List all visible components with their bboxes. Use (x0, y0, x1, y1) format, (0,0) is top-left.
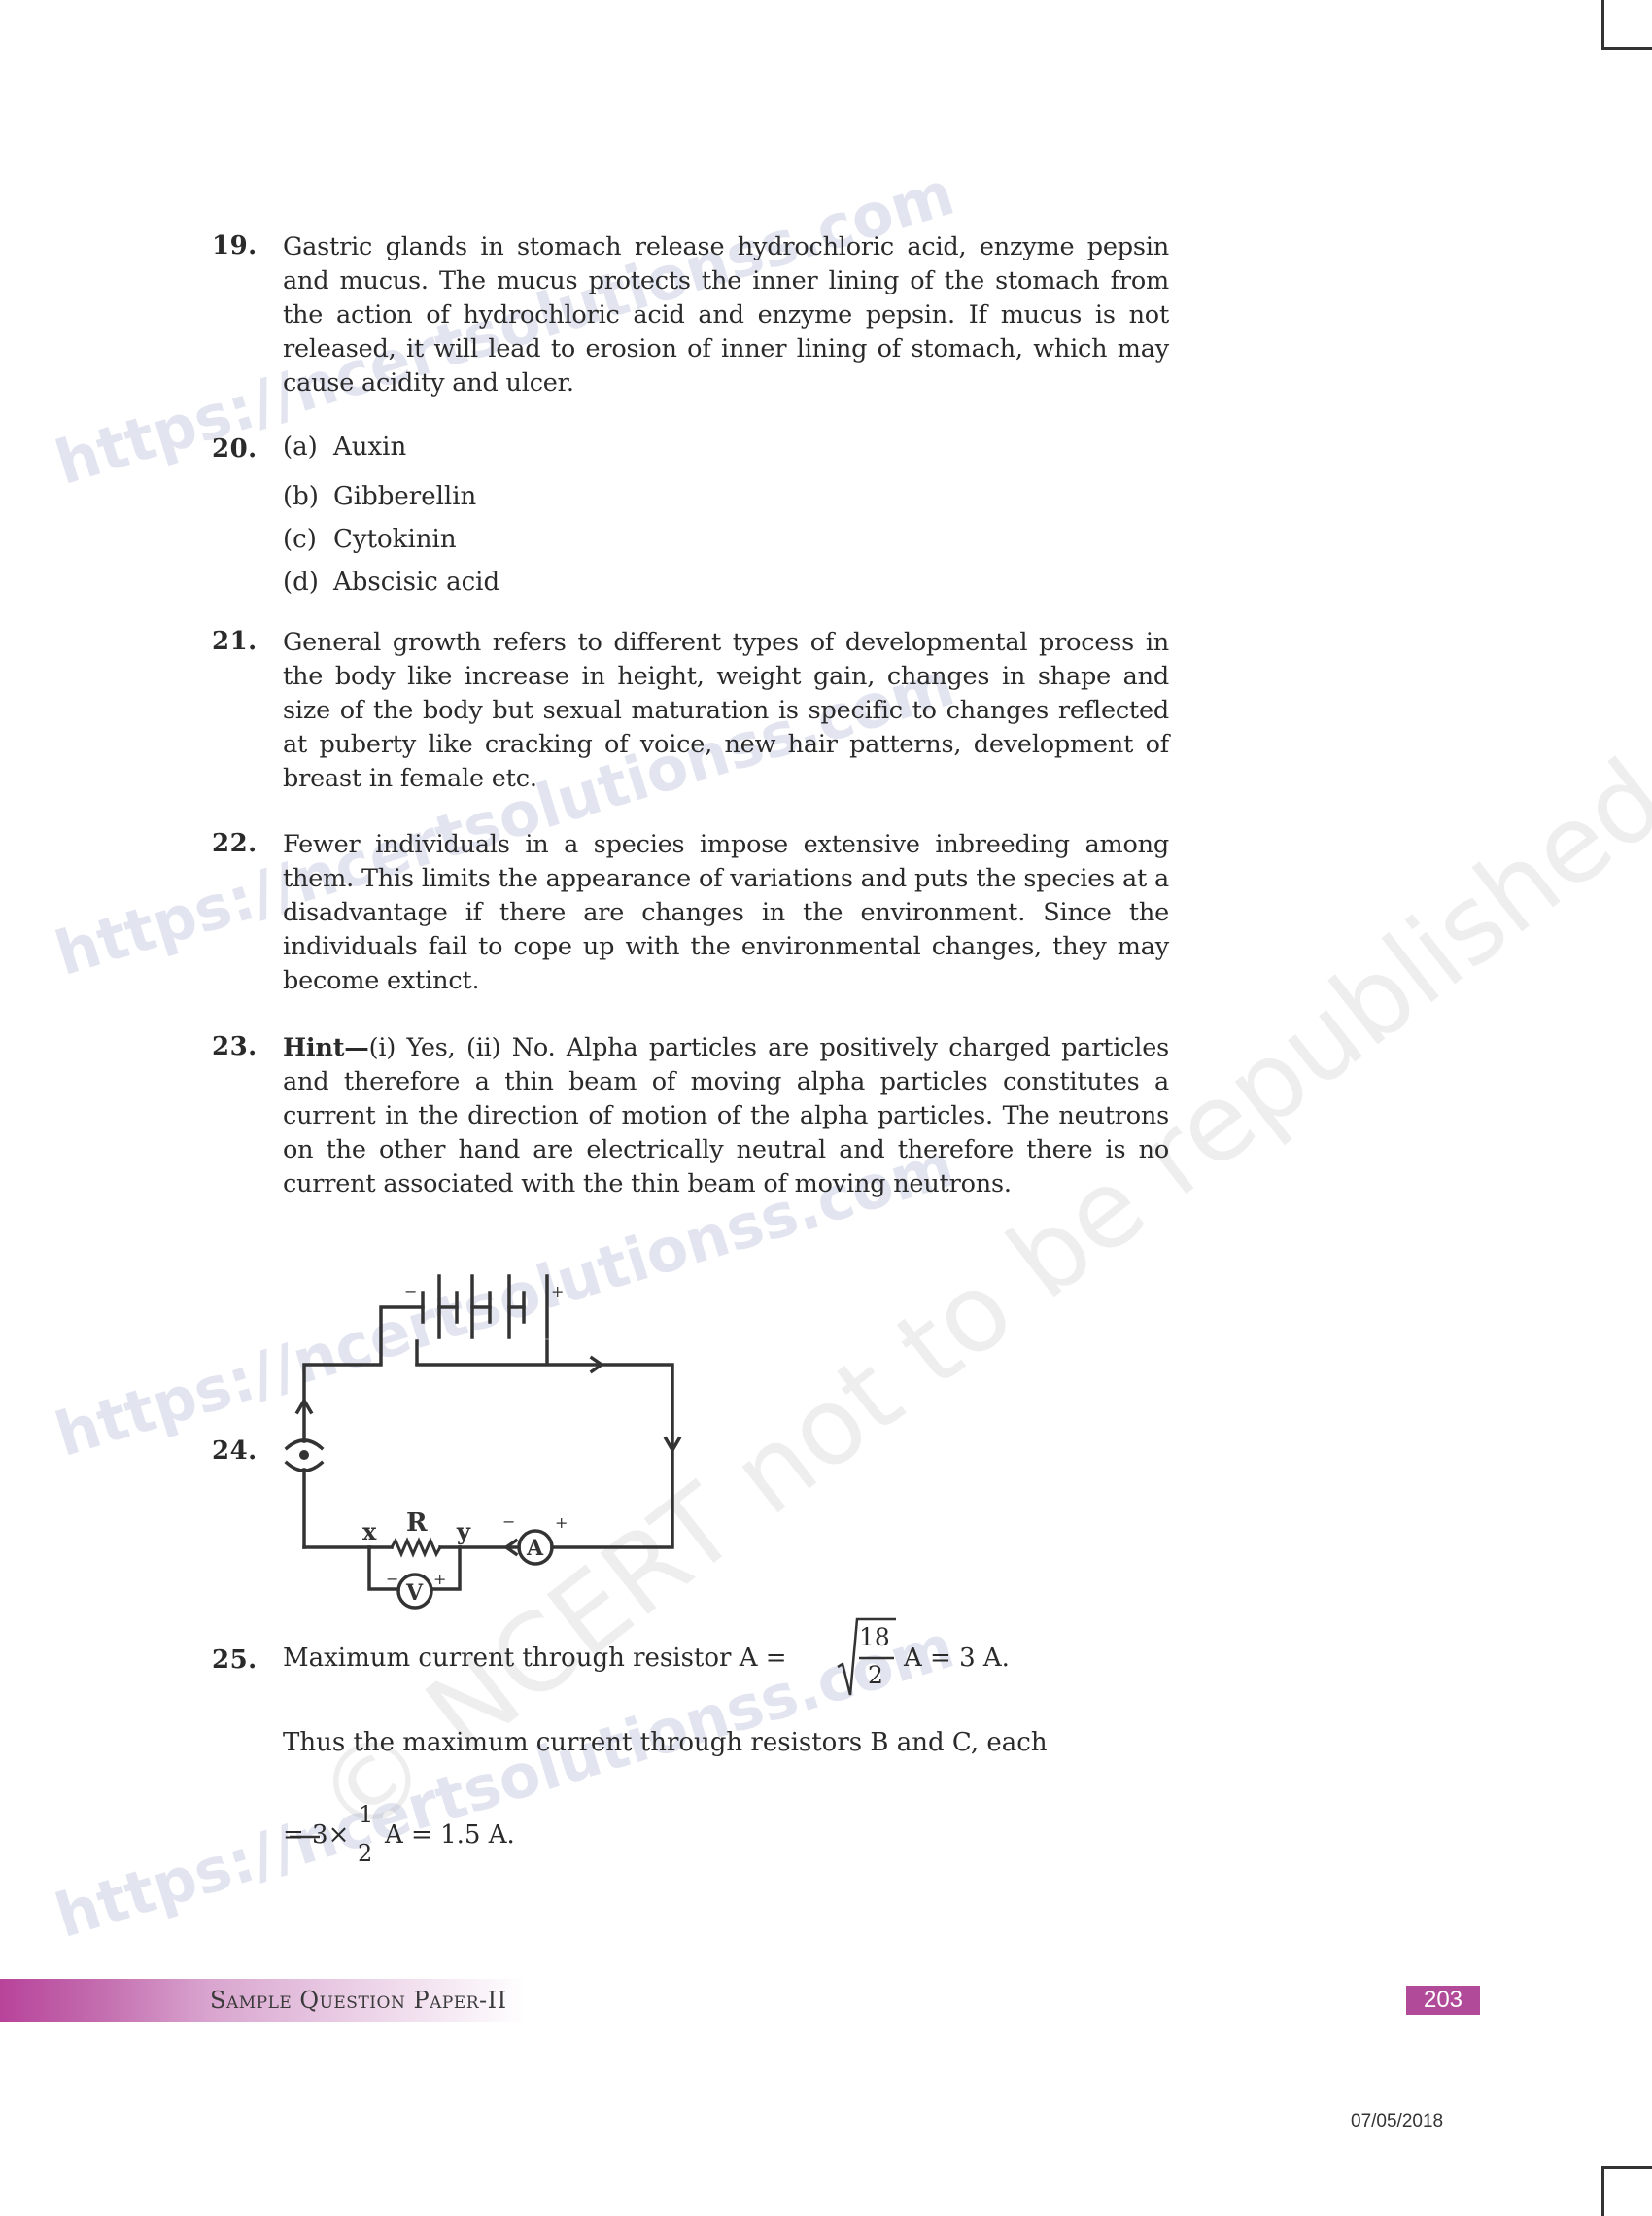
q25-line3-denominator: 2 (358, 1840, 372, 1867)
q25-sqrt-denominator: 2 (868, 1661, 883, 1689)
footer-title: Sample Question Paper-II (210, 1987, 507, 2014)
sqrt-icon (0, 0, 1652, 2216)
print-date: 07/05/2018 (1351, 2111, 1443, 2132)
q25-line1-result: A = 3 A. (904, 1644, 1010, 1673)
q25-line2-text: Thus the maximum current through resisto… (283, 1728, 1048, 1757)
q25-sqrt-numerator: 18 (859, 1623, 890, 1651)
q25-line3-prefix: = 3× (283, 1820, 349, 1850)
page-number: 203 (1406, 1986, 1480, 2015)
q25-line3-result: A = 1.5 A. (385, 1820, 515, 1850)
q25-line3-numerator: 1 (359, 1801, 373, 1828)
